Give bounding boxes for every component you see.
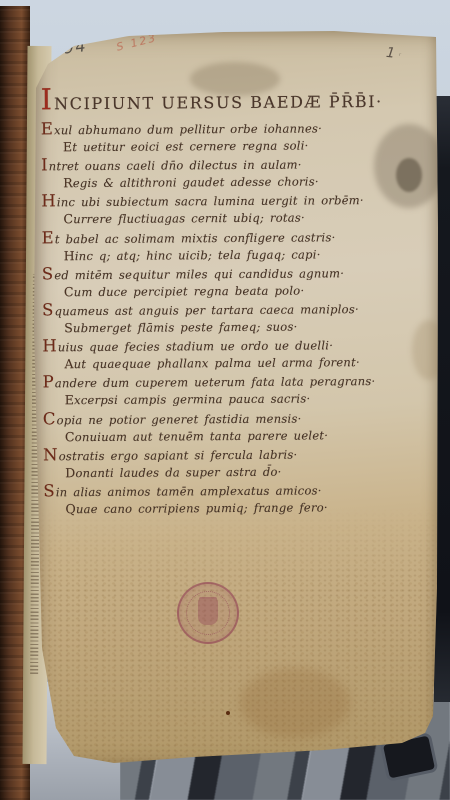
red-shelfmark: S 123 <box>115 31 158 54</box>
stain <box>240 668 350 738</box>
text-block: INCIPIUNT UERSUS BAEDÆ P̄R̄B̄I· Exul abh… <box>41 85 434 519</box>
verse-line: Quae cano corripiens pumiq; frange fero· <box>65 498 433 519</box>
incipit-title: INCIPIUNT UERSUS BAEDÆ P̄R̄B̄I· <box>41 85 431 117</box>
parchment-page: 994 S 123 1ʳ INCIPIUNT UERSUS BAEDÆ P̄R̄… <box>34 28 438 768</box>
manuscript-photo: { "photo": { "description": "Photograph … <box>0 0 450 800</box>
ink-speck <box>226 711 230 715</box>
verse-line: Pandere dum cuperem ueterum fata lata pe… <box>42 371 432 392</box>
parchment-mottling <box>34 508 438 768</box>
folio-number: 1ʳ <box>385 45 406 63</box>
library-stamp <box>177 582 239 644</box>
verse-list: Exul abhumano dum pellitur orbe iohannes… <box>41 118 434 519</box>
stamp-crest <box>198 599 218 625</box>
folio-recto-mark: ʳ <box>398 51 405 61</box>
shelfmark-number: 994 <box>51 36 88 59</box>
